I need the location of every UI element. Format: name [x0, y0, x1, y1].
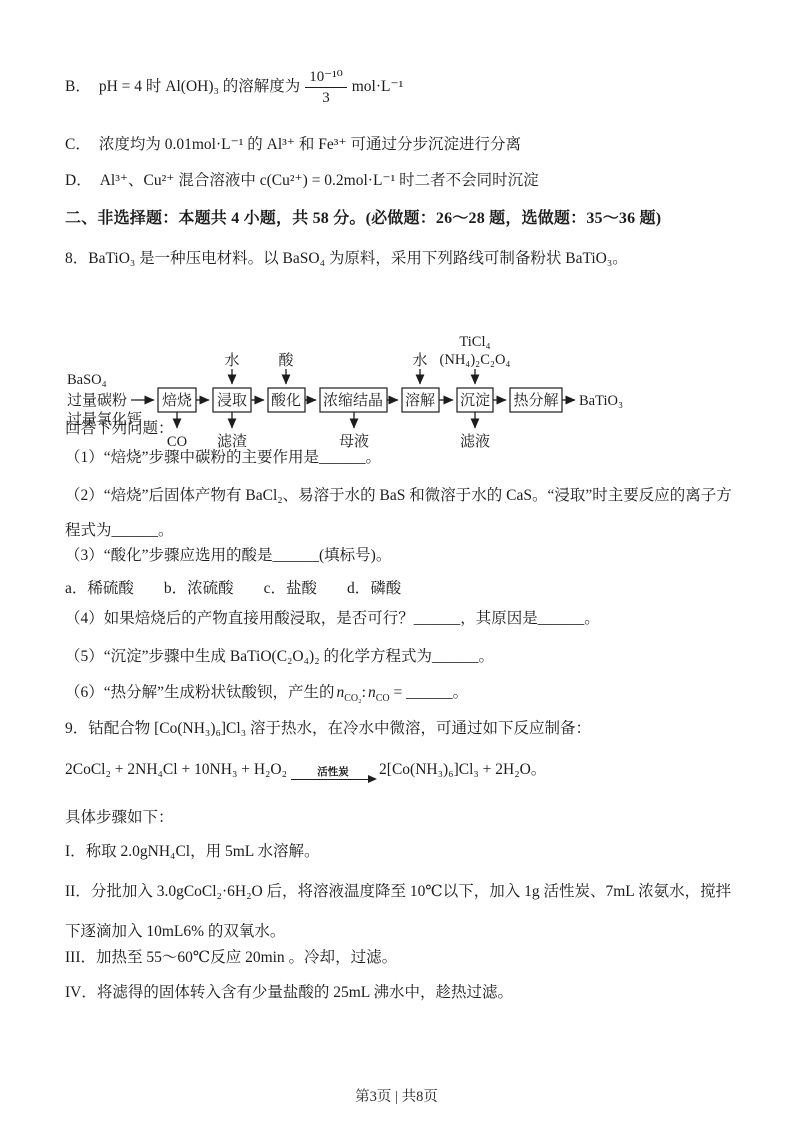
- choice-b: b．浓硫酸: [164, 577, 234, 602]
- process-label-precipitate: 沉淀: [460, 392, 490, 409]
- fraction-numerator: 10⁻¹⁰: [305, 68, 346, 88]
- top-input-ammonium-oxalate: (NH₄)₂C₂O₄: [440, 352, 511, 368]
- option-b-label: B．: [65, 75, 91, 100]
- q8-item-2: （2）“焙烧”后固体产物有 BaCl₂、易溶于水的 BaS 和微溶于水的 CaS…: [65, 479, 735, 549]
- process-label-concentrate: 浓缩结晶: [323, 392, 383, 409]
- q9-step-3: III．加热至 55～60℃反应 20min 。冷却，过滤。: [65, 946, 735, 971]
- choice-d: d．磷酸: [347, 577, 401, 602]
- q9-step-2: II．分批加入 3.0gCoCl₂·6H₂O 后，将溶液温度降至 10℃以下，加…: [65, 872, 735, 951]
- reaction-arrow-shaft: [291, 779, 375, 780]
- left-input-baso4: BaSO₄: [67, 372, 107, 388]
- choice-c: c．盐酸: [264, 577, 317, 602]
- option-d-text: Al³⁺、Cu²⁺ 混合溶液中 c(Cu²⁺) = 0.2mol·L⁻¹ 时二者…: [100, 169, 539, 194]
- q8-item-5: （5）“沉淀”步骤中生成 BaTiO(C₂O₄)₂ 的化学方程式为______。: [65, 645, 735, 670]
- fraction: 10⁻¹⁰ 3: [305, 68, 346, 107]
- product-batio3: BaTiO₃: [579, 393, 623, 409]
- q8-item-6-pre: （6）“热分解”生成粉状钛酸钡，产生的: [65, 684, 335, 701]
- q8-item-6: （6）“热分解”生成粉状钛酸钡，产生的nCO₂:nCO = ______。: [65, 681, 735, 706]
- equation-rhs: 2[Co(NH₃)₆]Cl₃ + 2H₂O。: [379, 758, 546, 783]
- q9-stem: 9．钴配合物 [Co(NH₃)₆]Cl₃ 溶于热水，在冷水中微溶，可通过如下反应…: [65, 717, 735, 742]
- equation-lhs: 2CoCl₂ + 2NH₄Cl + 10NH₃ + H₂O₂: [65, 758, 287, 783]
- flow-arrows-top: [232, 369, 475, 384]
- q8-flow-diagram: BaSO₄ 过量碳粉 过量氯化钙 焙烧 浸取 酸化 浓缩结晶 溶解 沉淀 热分解: [65, 281, 725, 405]
- q8-item-4: （4）如果焙烧后的产物直接用酸浸取，是否可行？______，其原因是______…: [65, 607, 735, 632]
- q8-stem: 8．BaTiO₃ 是一种压电材料。以 BaSO₄ 为原料，采用下列路线可制备粉状…: [65, 247, 735, 272]
- left-input-carbon: 过量碳粉: [67, 392, 127, 409]
- q8-item-6-post: = ______。: [390, 684, 469, 701]
- option-c-text: 浓度均为 0.01mol·L⁻¹ 的 Al³⁺ 和 Fe³⁺ 可通过分步沉淀进行…: [99, 133, 521, 158]
- process-label-roast: 焙烧: [162, 391, 192, 409]
- option-c: C． 浓度均为 0.01mol·L⁻¹ 的 Al³⁺ 和 Fe³⁺ 可通过分步沉…: [65, 133, 735, 158]
- q9-step-1: I．称取 2.0gNH₄Cl，用 5mL 水溶解。: [65, 840, 735, 865]
- n-co-subscript: CO: [376, 693, 390, 704]
- reaction-arrow-label: 活性炭: [317, 767, 349, 779]
- q8-item-1: （1）“焙烧”步骤中碳粉的主要作用是______。: [65, 446, 735, 471]
- option-c-label: C．: [65, 133, 91, 158]
- process-label-acidify: 酸化: [271, 392, 301, 409]
- q9-equation: 2CoCl₂ + 2NH₄Cl + 10NH₃ + H₂O₂ 活性炭 2[Co(…: [65, 758, 735, 783]
- process-label-dissolve: 溶解: [405, 392, 435, 409]
- q9-steps-intro: 具体步骤如下：: [65, 806, 735, 831]
- choice-a: a．稀硫酸: [65, 577, 134, 602]
- process-label-leach: 浸取: [217, 392, 247, 409]
- reaction-arrow: 活性炭: [291, 767, 375, 781]
- fraction-denominator: 3: [322, 88, 330, 107]
- exam-page: { "options": { "b": { "label": "B．", "pr…: [0, 0, 793, 1122]
- option-d-label: D．: [65, 169, 92, 194]
- q8-item-3-choices: a．稀硫酸 b．浓硫酸 c．盐酸 d．磷酸: [65, 577, 735, 602]
- section-header: 二、非选择题：本题共 4 小题，共 58 分。(必做题：26～28 题，选做题：…: [65, 206, 735, 232]
- option-d: D． Al³⁺、Cu²⁺ 混合溶液中 c(Cu²⁺) = 0.2mol·L⁻¹ …: [65, 169, 735, 194]
- top-input-acid: 酸: [278, 352, 294, 369]
- option-b: B． pH = 4 时 Al(OH)₃ 的溶解度为 10⁻¹⁰ 3 mol·L⁻…: [65, 68, 735, 107]
- option-b-unit: mol·L⁻¹: [352, 75, 404, 100]
- process-label-decompose: 热分解: [513, 391, 558, 409]
- q8-prompt: 回答下列问题：: [65, 417, 735, 442]
- n-co2-subscript: CO₂: [344, 693, 361, 704]
- n-co2-symbol: n: [335, 684, 345, 701]
- q8-item-3: （3）“酸化”步骤应选用的酸是______(填标号)。: [65, 544, 735, 569]
- top-input-water-dissolve: 水: [412, 352, 427, 369]
- option-b-text: pH = 4 时 Al(OH)₃ 的溶解度为: [99, 75, 300, 100]
- q9-step-4: IV．将滤得的固体转入含有少量盐酸的 25mL 沸水中，趁热过滤。: [65, 981, 735, 1006]
- n-co-symbol: n: [366, 684, 376, 701]
- top-input-ticl4: TiCl₄: [459, 334, 490, 350]
- top-input-water-leach: 水: [224, 352, 239, 369]
- page-footer: 第3页 | 共8页: [0, 1086, 793, 1109]
